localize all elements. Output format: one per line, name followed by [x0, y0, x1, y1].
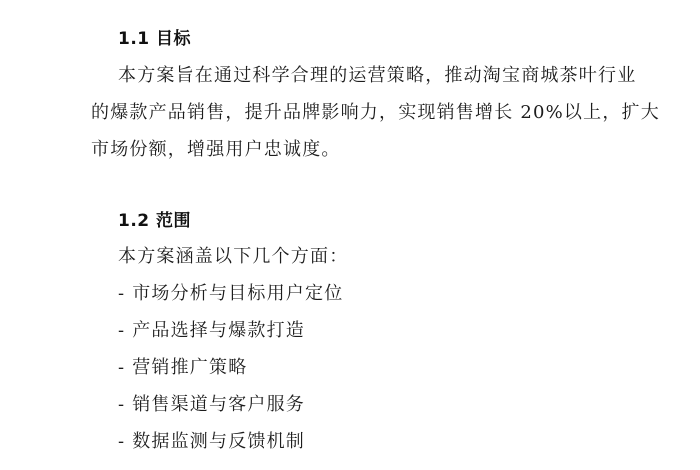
section-heading-goal: 1.1 目标 — [118, 24, 191, 49]
section-heading-scope: 1.2 范围 — [118, 206, 191, 231]
scope-list-item: - 市场分析与目标用户定位 — [118, 279, 343, 305]
scope-list-item: - 产品选择与爆款打造 — [118, 316, 305, 342]
scope-intro: 本方案涵盖以下几个方面： — [118, 242, 348, 268]
scope-list-item: - 数据监测与反馈机制 — [118, 427, 305, 453]
scope-list-item: - 营销推广策略 — [118, 353, 247, 379]
scope-list-item: - 销售渠道与客户服务 — [118, 390, 305, 416]
goal-paragraph-line-1: 本方案旨在通过科学合理的运营策略，推动淘宝商城茶叶行业 — [118, 61, 636, 87]
goal-paragraph-line-2: 的爆款产品销售，提升品牌影响力，实现销售增长 20%以上，扩大 — [91, 98, 660, 124]
goal-paragraph-line-3: 市场份额，增强用户忠诚度。 — [91, 135, 341, 161]
document-page: 1.1 目标 本方案旨在通过科学合理的运营策略，推动淘宝商城茶叶行业 的爆款产品… — [0, 0, 700, 470]
